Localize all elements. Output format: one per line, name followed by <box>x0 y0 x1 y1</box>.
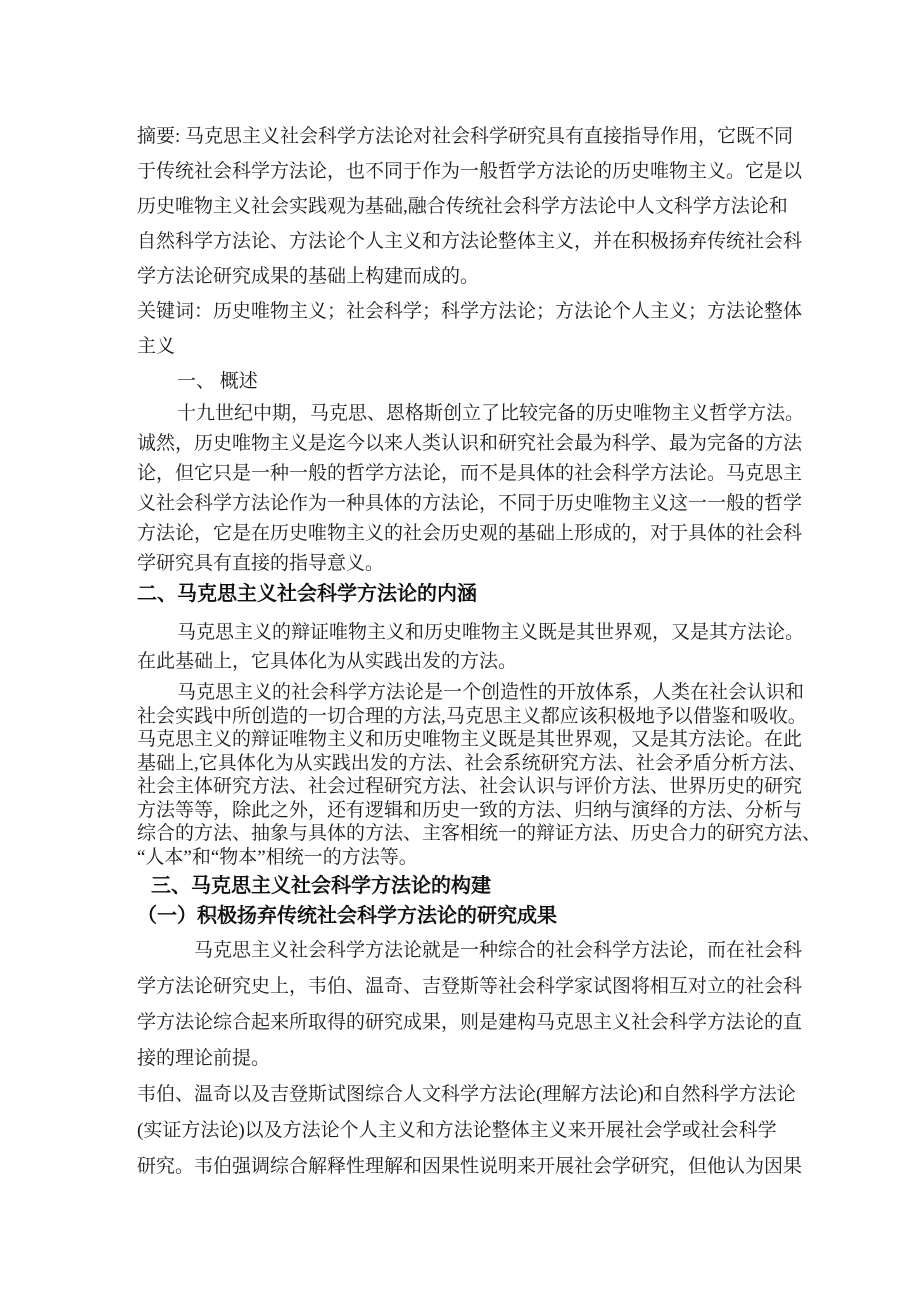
text-line: 于传统社会科学方法论，也不同于作为一般哲学方法论的历史唯物主义。它是以 <box>137 154 801 189</box>
connotation-paragraph-1: 马克思主义的辩证唯物主义和历史唯物主义既是其世界观，又是其方法论。 在此基础上，… <box>137 618 801 676</box>
text-line: 学方法论综合起来所取得的研究成果，则是建构马克思主义社会科学方法论的直 <box>137 1005 801 1041</box>
heading-overview: 一、 概述 <box>137 364 801 399</box>
heading-connotation: 二、马克思主义社会科学方法论的内涵 <box>137 579 801 609</box>
text-line: 马克思主义的社会科学方法论是一个创造性的开放体系，人类在社会认识和 <box>137 681 801 705</box>
text-line: 马克思主义的辩证唯物主义和历史唯物主义既是其世界观，又是其方法论。 <box>137 618 801 647</box>
text-line: 在此基础上，它具体化为从实践出发的方法。 <box>137 647 801 676</box>
text-line: 研究。韦伯强调综合解释性理解和因果性说明来开展社会学研究，但他认为因果 <box>137 1149 801 1185</box>
document-page: 摘要: 马克思主义社会科学方法论对社会科学研究具有直接指导作用，它既不同 于传统… <box>0 0 920 1302</box>
construction-paragraph-2: 韦伯、温奇以及吉登斯试图综合人文科学方法论(理解方法论)和自然科学方法论 (实证… <box>137 1077 801 1185</box>
text-line: 论，但它只是一种一般的哲学方法论，而不是具体的社会科学方法论。马克思主 <box>137 459 801 489</box>
text-line: 十九世纪中期，马克思、恩格斯创立了比较完备的历史唯物主义哲学方法。 <box>137 399 801 429</box>
abstract-paragraph: 摘要: 马克思主义社会科学方法论对社会科学研究具有直接指导作用，它既不同 于传统… <box>137 119 801 294</box>
document-content: 摘要: 马克思主义社会科学方法论对社会科学研究具有直接指导作用，它既不同 于传统… <box>137 119 801 1185</box>
text-line: 历史唯物主义社会实践观为基础,融合传统社会科学方法论中人文科学方法论和 <box>137 189 801 224</box>
text-line: 学研究具有直接的指导意义。 <box>137 549 801 579</box>
text-line: 社会主体研究方法、社会过程研究方法、社会认识与评价方法、世界历史的研究 <box>137 775 801 799</box>
text-line: 摘要: 马克思主义社会科学方法论对社会科学研究具有直接指导作用，它既不同 <box>137 119 801 154</box>
text-line: 马克思主义的辩证唯物主义和历史唯物主义既是其世界观，又是其方法论。在此 <box>137 728 801 752</box>
text-line: 诚然，历史唯物主义是迄今以来人类认识和研究社会最为科学、最为完备的方法 <box>137 429 801 459</box>
text-line: 韦伯、温奇以及吉登斯试图综合人文科学方法论(理解方法论)和自然科学方法论 <box>137 1077 801 1113</box>
text-line: 基础上,它具体化为从实践出发的方法、社会系统研究方法、社会矛盾分析方法、 <box>137 752 801 776</box>
section-heading: 二、马克思主义社会科学方法论的内涵 <box>137 579 801 609</box>
text-line: 社会实践中所创造的一切合理的方法,马克思主义都应该积极地予以借鉴和吸收。 <box>137 705 801 729</box>
text-line: 方法等等，除此之外，还有逻辑和历史一致的方法、归纳与演绎的方法、分析与 <box>137 799 801 823</box>
text-line: 义社会科学方法论作为一种具体的方法论，不同于历史唯物主义这一一般的哲学 <box>137 489 801 519</box>
text-line: 综合的方法、抽象与具体的方法、主客相统一的辩证方法、历史合力的研究方法、 <box>137 822 801 846</box>
section-heading: （一）积极扬弃传统社会科学方法论的研究成果 <box>137 901 801 931</box>
heading-construction-sub1: （一）积极扬弃传统社会科学方法论的研究成果 <box>137 901 801 931</box>
text-line: 关键词：历史唯物主义；社会科学；科学方法论；方法论个人主义；方法论整体 <box>137 294 801 329</box>
connotation-paragraph-2: 马克思主义的社会科学方法论是一个创造性的开放体系，人类在社会认识和 社会实践中所… <box>137 681 801 869</box>
text-line: 马克思主义社会科学方法论就是一种综合的社会科学方法论，而在社会科 <box>137 933 801 969</box>
keywords-block: 关键词：历史唯物主义；社会科学；科学方法论；方法论个人主义；方法论整体 主义 <box>137 294 801 364</box>
section-heading: 三、马克思主义社会科学方法论的构建 <box>137 871 801 901</box>
text-line: “人本”和“物本”相统一的方法等。 <box>137 846 801 870</box>
text-line: 主义 <box>137 329 801 364</box>
text-line: 接的理论前提。 <box>137 1041 801 1077</box>
text-line: (实证方法论)以及方法论个人主义和方法论整体主义来开展社会学或社会科学 <box>137 1113 801 1149</box>
text-line: 学方法论研究史上，韦伯、温奇、吉登斯等社会科学家试图将相互对立的社会科 <box>137 969 801 1005</box>
text-line: 学方法论研究成果的基础上构建而成的。 <box>137 259 801 294</box>
text-line: 方法论，它是在历史唯物主义的社会历史观的基础上形成的，对于具体的社会科 <box>137 519 801 549</box>
section-heading: 一、 概述 <box>137 364 801 399</box>
heading-construction: 三、马克思主义社会科学方法论的构建 <box>137 871 801 901</box>
overview-paragraph: 十九世纪中期，马克思、恩格斯创立了比较完备的历史唯物主义哲学方法。 诚然，历史唯… <box>137 399 801 579</box>
construction-paragraph-1: 马克思主义社会科学方法论就是一种综合的社会科学方法论，而在社会科 学方法论研究史… <box>137 933 801 1077</box>
text-line: 自然科学方法论、方法论个人主义和方法论整体主义，并在积极扬弃传统社会科 <box>137 224 801 259</box>
